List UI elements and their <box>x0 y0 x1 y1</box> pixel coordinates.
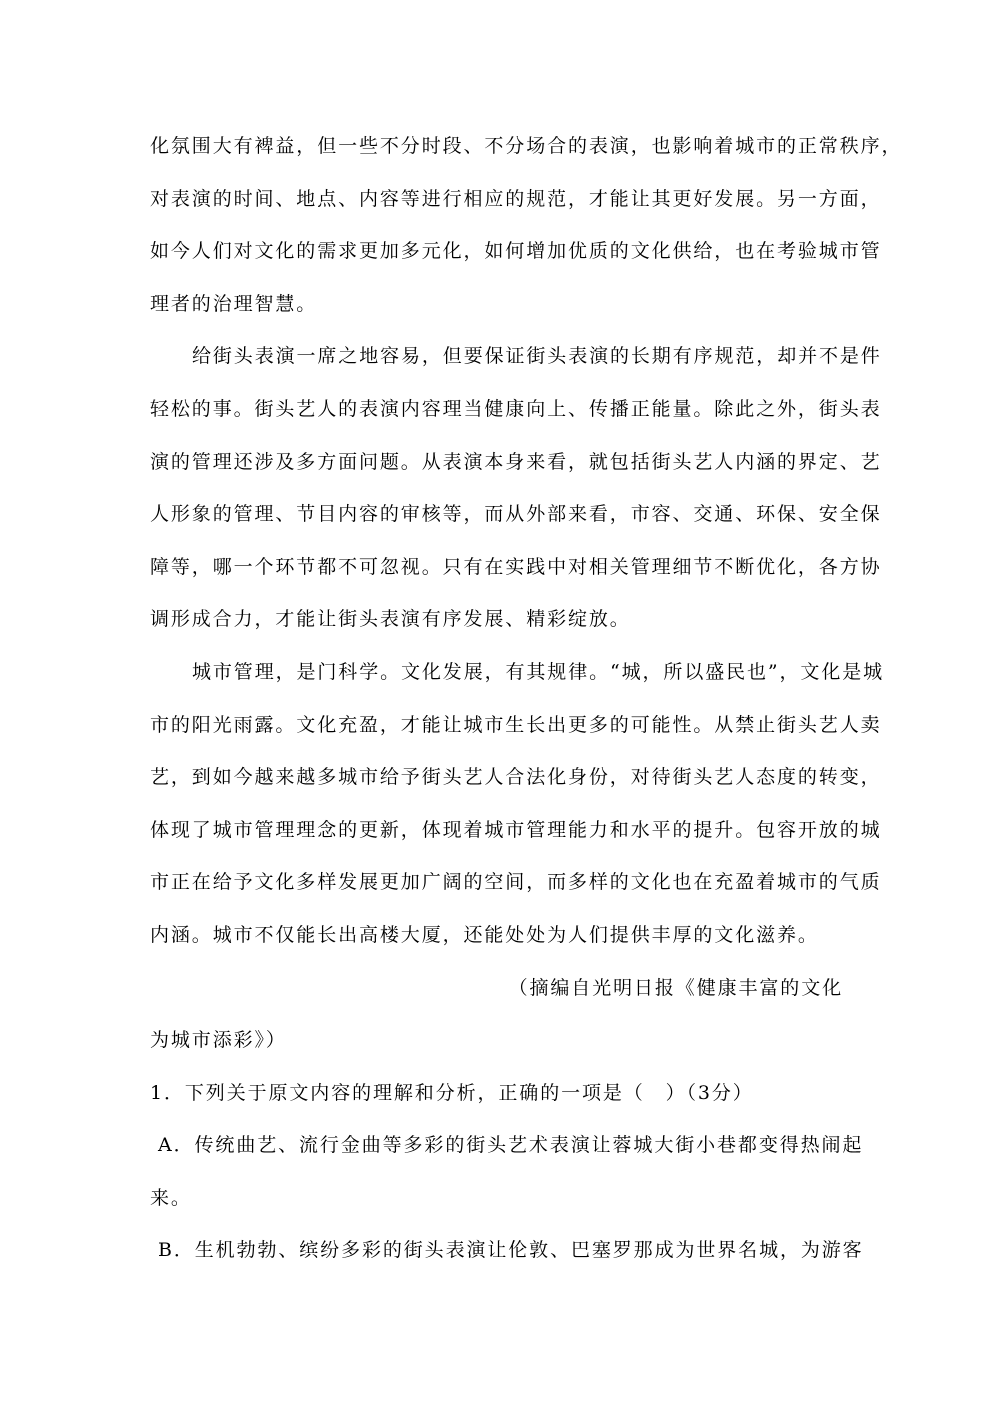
option-text: 生机勃勃、缤纷多彩的街头表演让伦敦、巴塞罗那成为世界名城，为游客 <box>195 1239 864 1261</box>
text-line: 轻松的事。街头艺人的表演内容理当健康向上、传播正能量。除此之外，街头表 <box>150 383 843 436</box>
question-number: 1． <box>150 1082 185 1104</box>
option-b-line-1: B．生机勃勃、缤纷多彩的街头表演让伦敦、巴塞罗那成为世界名城，为游客 <box>150 1224 843 1277</box>
text-line: 体现了城市管理理念的更新，体现着城市管理能力和水平的提升。包容开放的城 <box>150 804 843 857</box>
text-line: 人形象的管理、节目内容的审核等，而从外部来看，市容、交通、环保、安全保 <box>150 488 843 541</box>
paragraph-3: 城市管理，是门科学。文化发展，有其规律。“城，所以盛民也”，文化是城 市的阳光雨… <box>150 646 843 962</box>
text-line: 市正在给予文化多样发展更加广阔的空间，而多样的文化也在充盈着城市的气质 <box>150 856 843 909</box>
source-line-1: （摘编自光明日报《健康丰富的文化 <box>150 962 843 1015</box>
text-line: 化氛围大有裨益，但一些不分时段、不分场合的表演，也影响着城市的正常秩序， <box>150 120 843 173</box>
option-text: 传统曲艺、流行金曲等多彩的街头艺术表演让蓉城大街小巷都变得热闹起 <box>195 1134 864 1156</box>
option-label: A． <box>158 1134 195 1156</box>
text-line: 市的阳光雨露。文化充盈，才能让城市生长出更多的可能性。从禁止街头艺人卖 <box>150 699 843 752</box>
document-page: 化氛围大有裨益，但一些不分时段、不分场合的表演，也影响着城市的正常秩序， 对表演… <box>150 120 843 1277</box>
text-line: 演的管理还涉及多方面问题。从表演本身来看，就包括街头艺人内涵的界定、艺 <box>150 436 843 489</box>
question-1: 1．下列关于原文内容的理解和分析，正确的一项是（ ）（3分） A．传统曲艺、流行… <box>150 1067 843 1277</box>
text-line: 艺，到如今越来越多城市给予街头艺人合法化身份，对待街头艺人态度的转变， <box>150 751 843 804</box>
option-a-line-1: A．传统曲艺、流行金曲等多彩的街头艺术表演让蓉城大街小巷都变得热闹起 <box>150 1119 843 1172</box>
paragraph-1: 化氛围大有裨益，但一些不分时段、不分场合的表演，也影响着城市的正常秩序， 对表演… <box>150 120 843 330</box>
text-line: 给街头表演一席之地容易，但要保证街头表演的长期有序规范，却并不是件 <box>150 330 843 383</box>
option-b: B．生机勃勃、缤纷多彩的街头表演让伦敦、巴塞罗那成为世界名城，为游客 <box>150 1224 843 1277</box>
text-line: 理者的治理智慧。 <box>150 278 843 331</box>
option-a: A．传统曲艺、流行金曲等多彩的街头艺术表演让蓉城大街小巷都变得热闹起 来。 <box>150 1119 843 1224</box>
text-line: 如今人们对文化的需求更加多元化，如何增加优质的文化供给，也在考验城市管 <box>150 225 843 278</box>
text-line: 城市管理，是门科学。文化发展，有其规律。“城，所以盛民也”，文化是城 <box>150 646 843 699</box>
option-label: B． <box>158 1239 195 1261</box>
text-line: 内涵。城市不仅能长出高楼大厦，还能处处为人们提供丰厚的文化滋养。 <box>150 909 843 962</box>
question-text: 下列关于原文内容的理解和分析，正确的一项是（ ）（3分） <box>185 1082 754 1104</box>
question-stem: 1．下列关于原文内容的理解和分析，正确的一项是（ ）（3分） <box>150 1067 843 1120</box>
text-line: 障等，哪一个环节都不可忽视。只有在实践中对相关管理细节不断优化，各方协 <box>150 541 843 594</box>
paragraph-2: 给街头表演一席之地容易，但要保证街头表演的长期有序规范，却并不是件 轻松的事。街… <box>150 330 843 646</box>
text-line: 对表演的时间、地点、内容等进行相应的规范，才能让其更好发展。另一方面， <box>150 173 843 226</box>
source-attribution: （摘编自光明日报《健康丰富的文化 为城市添彩》） <box>150 962 843 1067</box>
source-line-2: 为城市添彩》） <box>150 1014 843 1067</box>
option-a-line-2: 来。 <box>150 1172 843 1225</box>
text-line: 调形成合力，才能让街头表演有序发展、精彩绽放。 <box>150 593 843 646</box>
